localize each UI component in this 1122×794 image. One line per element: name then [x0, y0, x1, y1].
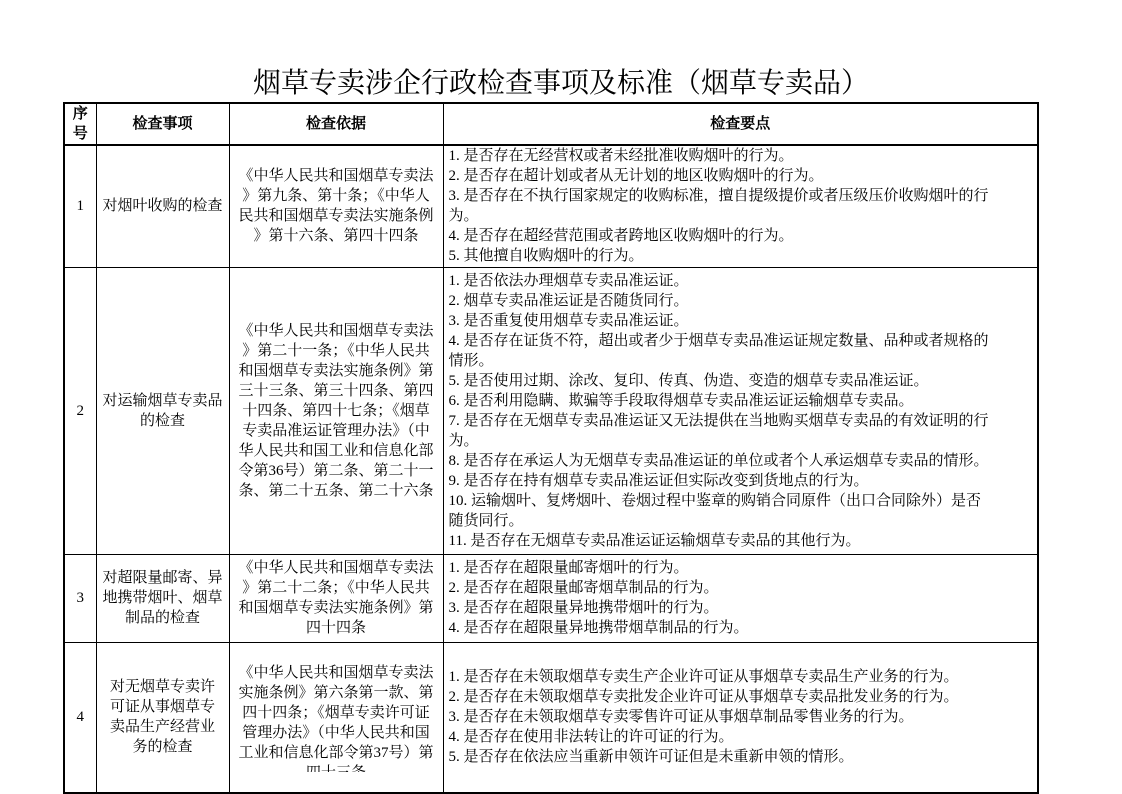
header-cell-index: 序号 [64, 103, 96, 145]
header-cell-item: 检查事项 [96, 103, 229, 145]
table-row: 1 对烟叶收购的检查 《中华人民共和国烟草专卖法 》第九条、第十条；《中华人 民… [64, 145, 1038, 267]
table-row: 3 对超限量邮寄、异 地携带烟叶、烟草 制品的检查 《中华人民共和国烟草专卖法 … [64, 554, 1038, 642]
row-item-cell: 对烟叶收购的检查 [96, 145, 229, 267]
row-points-cell: 1. 是否存在超限量邮寄烟叶的行为。 2. 是否存在超限量邮寄烟草制品的行为。 … [443, 554, 1038, 642]
row-points-cell: 1. 是否存在未领取烟草专卖生产企业许可证从事烟草专卖品生产业务的行为。 2. … [443, 642, 1038, 793]
row-basis-cell: 《中华人民共和国烟草专卖法 》第二十二条；《中华人民共 和国烟草专卖法实施条例》… [229, 554, 443, 642]
row-basis-cell: 《中华人民共和国烟草专卖法 实施条例》第六条第一款、第 四十四条；《烟草专卖许可… [229, 642, 443, 793]
row-item-cell: 对运输烟草专卖品 的检查 [96, 267, 229, 554]
header-cell-points: 检查要点 [443, 103, 1038, 145]
row-basis-clipped-text: 《中华人民共和国烟草专卖法 实施条例》第六条第一款、第 四十四条；《烟草专卖许可… [232, 663, 441, 772]
row-basis-cell: 《中华人民共和国烟草专卖法 》第二十一条；《中华人民共 和国烟草专卖法实施条例》… [229, 267, 443, 554]
row-index-cell: 4 [64, 642, 96, 793]
row-points-cell: 1. 是否依法办理烟草专卖品准运证。 2. 烟草专卖品准运证是否随货同行。 3.… [443, 267, 1038, 554]
row-index-cell: 2 [64, 267, 96, 554]
row-basis-cell: 《中华人民共和国烟草专卖法 》第九条、第十条；《中华人 民共和国烟草专卖法实施条… [229, 145, 443, 267]
row-item-cell: 对无烟草专卖许 可证从事烟草专 卖品生产经营业 务的检查 [96, 642, 229, 793]
document-page: 烟草专卖涉企行政检查事项及标准（烟草专卖品） 序号 检查事项 检查依据 检查要点… [0, 0, 1122, 793]
row-index-cell: 1 [64, 145, 96, 267]
table-row: 2 对运输烟草专卖品 的检查 《中华人民共和国烟草专卖法 》第二十一条；《中华人… [64, 267, 1038, 554]
row-points-cell: 1. 是否存在无经营权或者未经批准收购烟叶的行为。 2. 是否存在超计划或者从无… [443, 145, 1038, 267]
document-title: 烟草专卖涉企行政检查事项及标准（烟草专卖品） [0, 66, 1122, 102]
table-row: 4 对无烟草专卖许 可证从事烟草专 卖品生产经营业 务的检查 《中华人民共和国烟… [64, 642, 1038, 793]
row-index-cell: 3 [64, 554, 96, 642]
header-row: 序号 检查事项 检查依据 检查要点 [64, 103, 1038, 145]
row-item-cell: 对超限量邮寄、异 地携带烟叶、烟草 制品的检查 [96, 554, 229, 642]
inspection-table: 序号 检查事项 检查依据 检查要点 1 对烟叶收购的检查 《中华人民共和国烟草专… [63, 102, 1039, 794]
header-cell-basis: 检查依据 [229, 103, 443, 145]
